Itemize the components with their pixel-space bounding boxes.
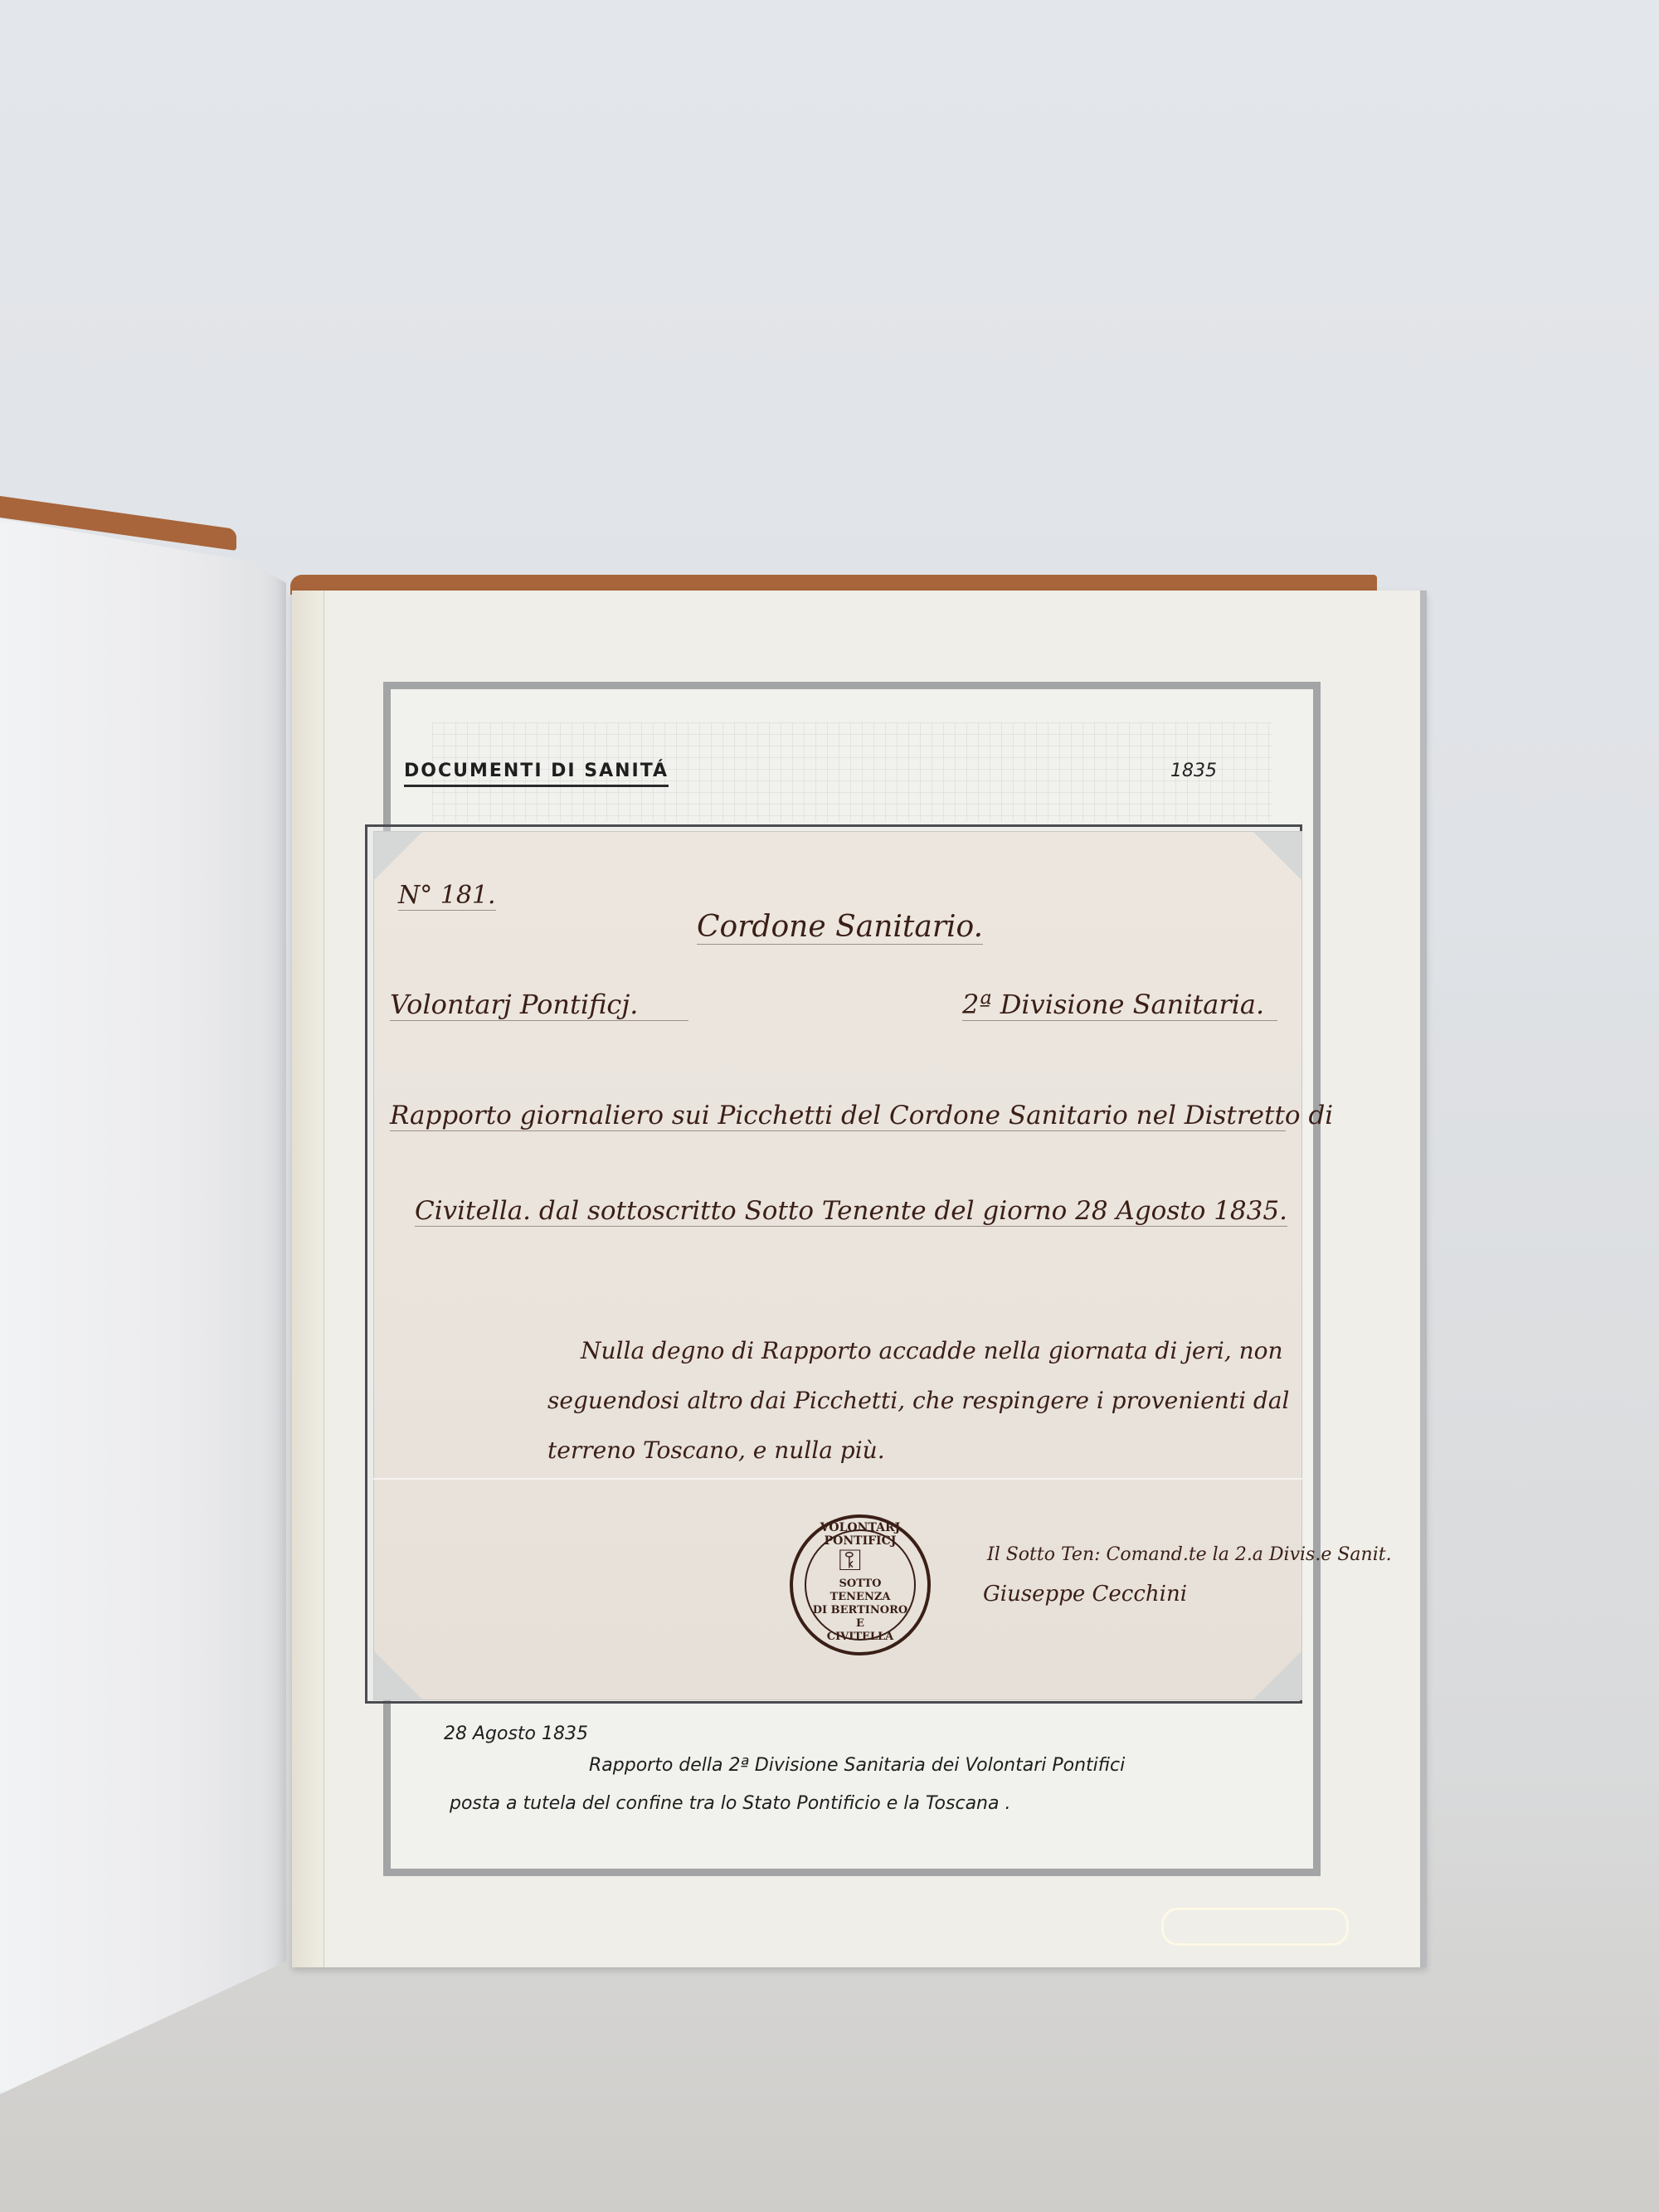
mount-corner-icon <box>1253 831 1302 881</box>
document-subject-line-1: Rapporto giornaliero sui Picchetti del C… <box>390 1101 1286 1131</box>
page-gutter <box>292 591 324 1967</box>
page-year: 1835 <box>1170 761 1217 781</box>
document-sender: Volontarj Pontificj. <box>390 989 688 1021</box>
seal-text-line: CIVITELLA <box>810 1631 911 1644</box>
signature-name: Giuseppe Cecchini <box>983 1582 1187 1607</box>
document-subject-line-2: Civitella. dal sottoscritto Sotto Tenent… <box>415 1196 1287 1227</box>
seal-text-line: SOTTO TENENZA <box>810 1578 911 1604</box>
seal-text-line: DI BERTINORO <box>810 1604 911 1617</box>
official-seal: VOLONTARJ PONTIFICJ ⚿ SOTTO TENENZA DI B… <box>790 1514 931 1655</box>
signature-title: Il Sotto Ten: Comand.te la 2.a Divis.e S… <box>987 1544 1392 1565</box>
document-heading: Cordone Sanitario. <box>697 910 983 945</box>
caption-date: 28 Agosto 1835 <box>444 1723 588 1744</box>
caption-line-2: posta a tutela del confine tra lo Stato … <box>450 1793 1010 1814</box>
mount-corner-icon <box>1253 1650 1302 1700</box>
document-body-line: Nulla degno di Rapporto accadde nella gi… <box>581 1337 1283 1364</box>
document-body-line: seguendosi altro dai Picchetti, che resp… <box>547 1387 1290 1414</box>
album-caption: 28 Agosto 1835 Rapporto della 2ª Divisio… <box>440 1717 1319 1816</box>
papal-tiara-crossed-keys-icon: ⚿ <box>839 1543 861 1578</box>
document-body-line: terreno Toscano, e nulla più. <box>547 1437 885 1464</box>
sleeve-reflection <box>1161 1908 1349 1946</box>
fold-line <box>373 1478 1302 1480</box>
mount-corner-icon <box>373 1650 423 1700</box>
document-number: N° 181. <box>398 881 496 911</box>
document-division: 2ª Divisione Sanitaria. <box>962 989 1277 1021</box>
album-left-page-sleeve[interactable] <box>0 518 286 2094</box>
section-title: DOCUMENTI DI SANITÁ <box>404 761 669 787</box>
mount-corner-icon <box>373 831 423 881</box>
page-header: DOCUMENTI DI SANITÁ 1835 <box>404 761 1267 794</box>
historic-letter: N° 181. Cordone Sanitario. Volontarj Pon… <box>373 831 1302 1700</box>
caption-line-1: Rapporto della 2ª Divisione Sanitaria de… <box>589 1755 1125 1776</box>
seal-text-line: E <box>810 1617 911 1631</box>
seal-inner-text: SOTTO TENENZA DI BERTINORO E CIVITELLA <box>810 1578 911 1644</box>
